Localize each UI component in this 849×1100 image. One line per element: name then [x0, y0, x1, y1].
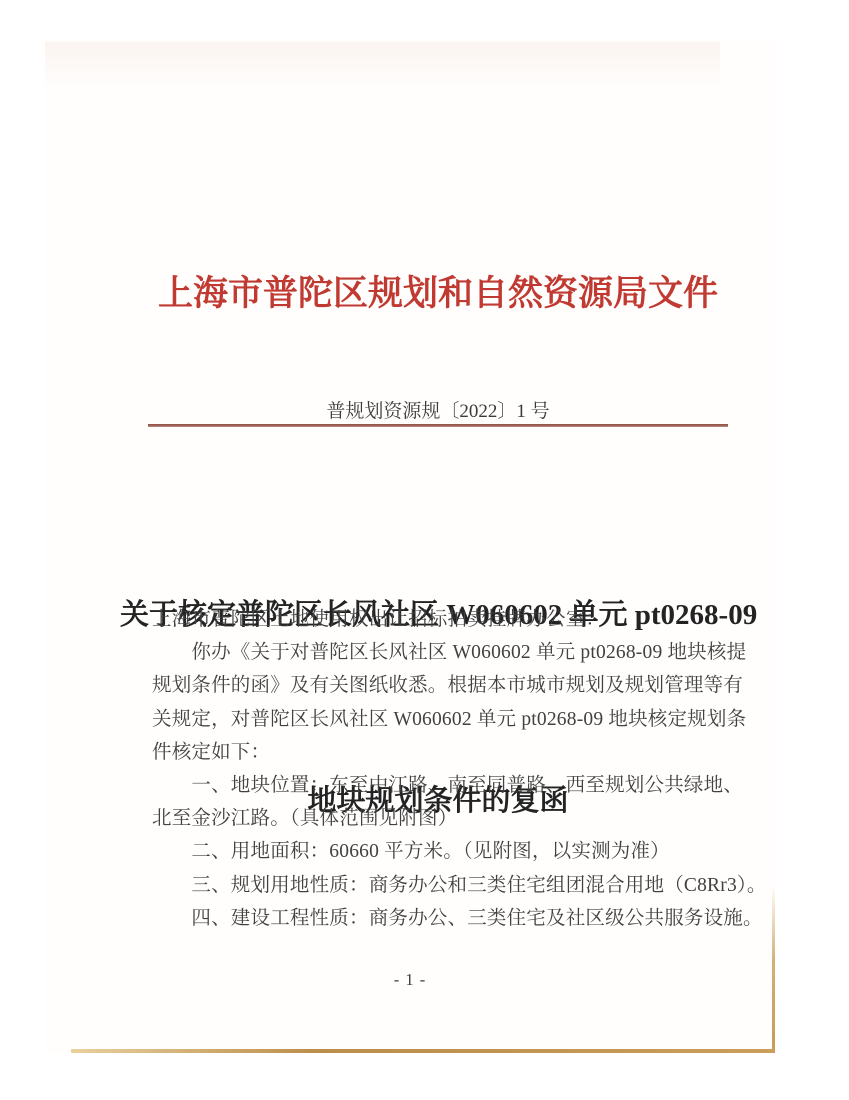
body-line-item-4: 四、建设工程性质：商务办公、三类住宅及社区级公共服务设施。	[152, 902, 742, 935]
scanned-document: 上海市普陀区规划和自然资源局文件 普规划资源规〔2022〕1 号 关于核定普陀区…	[0, 0, 849, 1100]
body-line-item-3: 三、规划用地性质：商务办公和三类住宅组团混合用地（C8Rr3）。	[152, 869, 742, 902]
document-number: 普规划资源规〔2022〕1 号	[148, 396, 728, 423]
body-line: 你办《关于对普陀区长风社区 W060602 单元 pt0268-09 地块核提	[152, 636, 742, 669]
page-number: - 1 -	[45, 970, 775, 990]
body-line-item-1: 一、地块位置：东至中江路、南至同普路、西至规划公共绿地、	[152, 769, 742, 802]
paper-sheet: 上海市普陀区规划和自然资源局文件 普规划资源规〔2022〕1 号 关于核定普陀区…	[45, 40, 775, 1053]
scan-top-tint	[45, 42, 720, 88]
document-body: 上海市普陀区土地使用权出让招标拍卖挂牌办公室： 你办《关于对普陀区长风社区 W0…	[152, 603, 742, 935]
body-line: 关规定，对普陀区长风社区 W060602 单元 pt0268-09 地块核定规划…	[152, 703, 742, 736]
body-line-item-2: 二、用地面积：60660 平方米。（见附图，以实测为准）	[152, 835, 742, 868]
body-line: 规划条件的函》及有关图纸收悉。根据本市城市规划及规划管理等有	[152, 669, 742, 702]
red-divider-rule	[148, 424, 728, 427]
body-line: 件核定如下：	[152, 736, 742, 769]
paper-bottom-edge	[71, 1049, 775, 1053]
body-line-item-1-cont: 北至金沙江路。（具体范围见附图）	[152, 802, 742, 835]
agency-header-title: 上海市普陀区规划和自然资源局文件	[148, 266, 728, 316]
paper-right-edge	[772, 885, 775, 1053]
body-line-salutation: 上海市普陀区土地使用权出让招标拍卖挂牌办公室：	[152, 603, 742, 636]
